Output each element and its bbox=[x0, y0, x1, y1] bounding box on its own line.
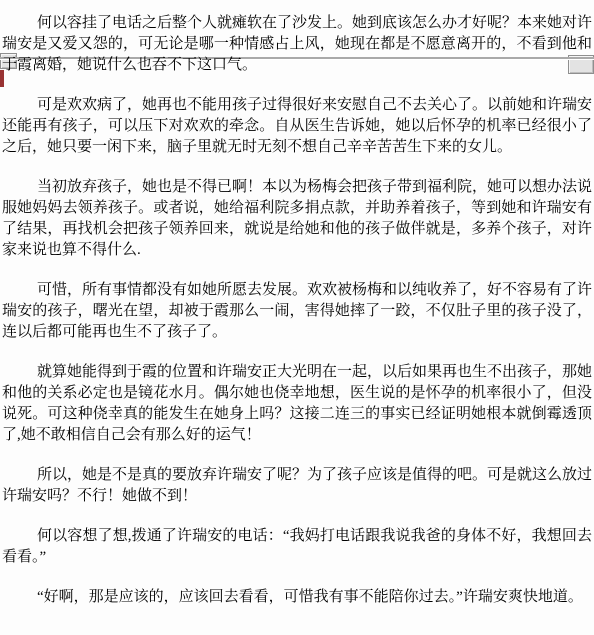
paragraph-8: “好啊，那是应该的，应该回去看看，可惜我有事不能陪你过去。”许瑞安爽快地道。 bbox=[2, 587, 592, 608]
paragraph-1: 何以容挂了电话之后整个人就瘫软在了沙发上。她到底该怎么办才好呢？本来她对许瑞安是… bbox=[2, 13, 592, 76]
paragraph-4: 可惜，所有事情都没有如她所愿去发展。欢欢被杨梅和以纯收养了，好不容易有了许瑞安的… bbox=[2, 280, 592, 343]
paragraph-2: 可是欢欢病了，她再也不能用孩子过得很好来安慰自己不去关心了。以前她和许瑞安还能再… bbox=[2, 95, 592, 158]
paragraph-7: 何以容想了想,拨通了许瑞安的电话：“我妈打电话跟我说我爸的身体不好，我想回去看看… bbox=[2, 526, 592, 568]
paragraph-5: 就算她能得到于霞的位置和许瑞安正大光明在一起，以后如果再也生不出孩子，那她和他的… bbox=[2, 362, 592, 446]
paragraph-6: 所以，她是不是真的要放弃许瑞安了呢？为了孩子应该是值得的吧。可是就这么放过许瑞安… bbox=[2, 465, 592, 507]
novel-text-area: 何以容挂了电话之后整个人就瘫软在了沙发上。她到底该怎么办才好呢？本来她对许瑞安是… bbox=[0, 0, 594, 608]
paragraph-3: 当初放弃孩子，她也是不得已啊！本以为杨梅会把孩子带到福利院，她可以想办法说服她妈… bbox=[2, 177, 592, 261]
novel-page: 何以容挂了电话之后整个人就瘫软在了沙发上。她到底该怎么办才好呢？本来她对许瑞安是… bbox=[0, 0, 594, 635]
